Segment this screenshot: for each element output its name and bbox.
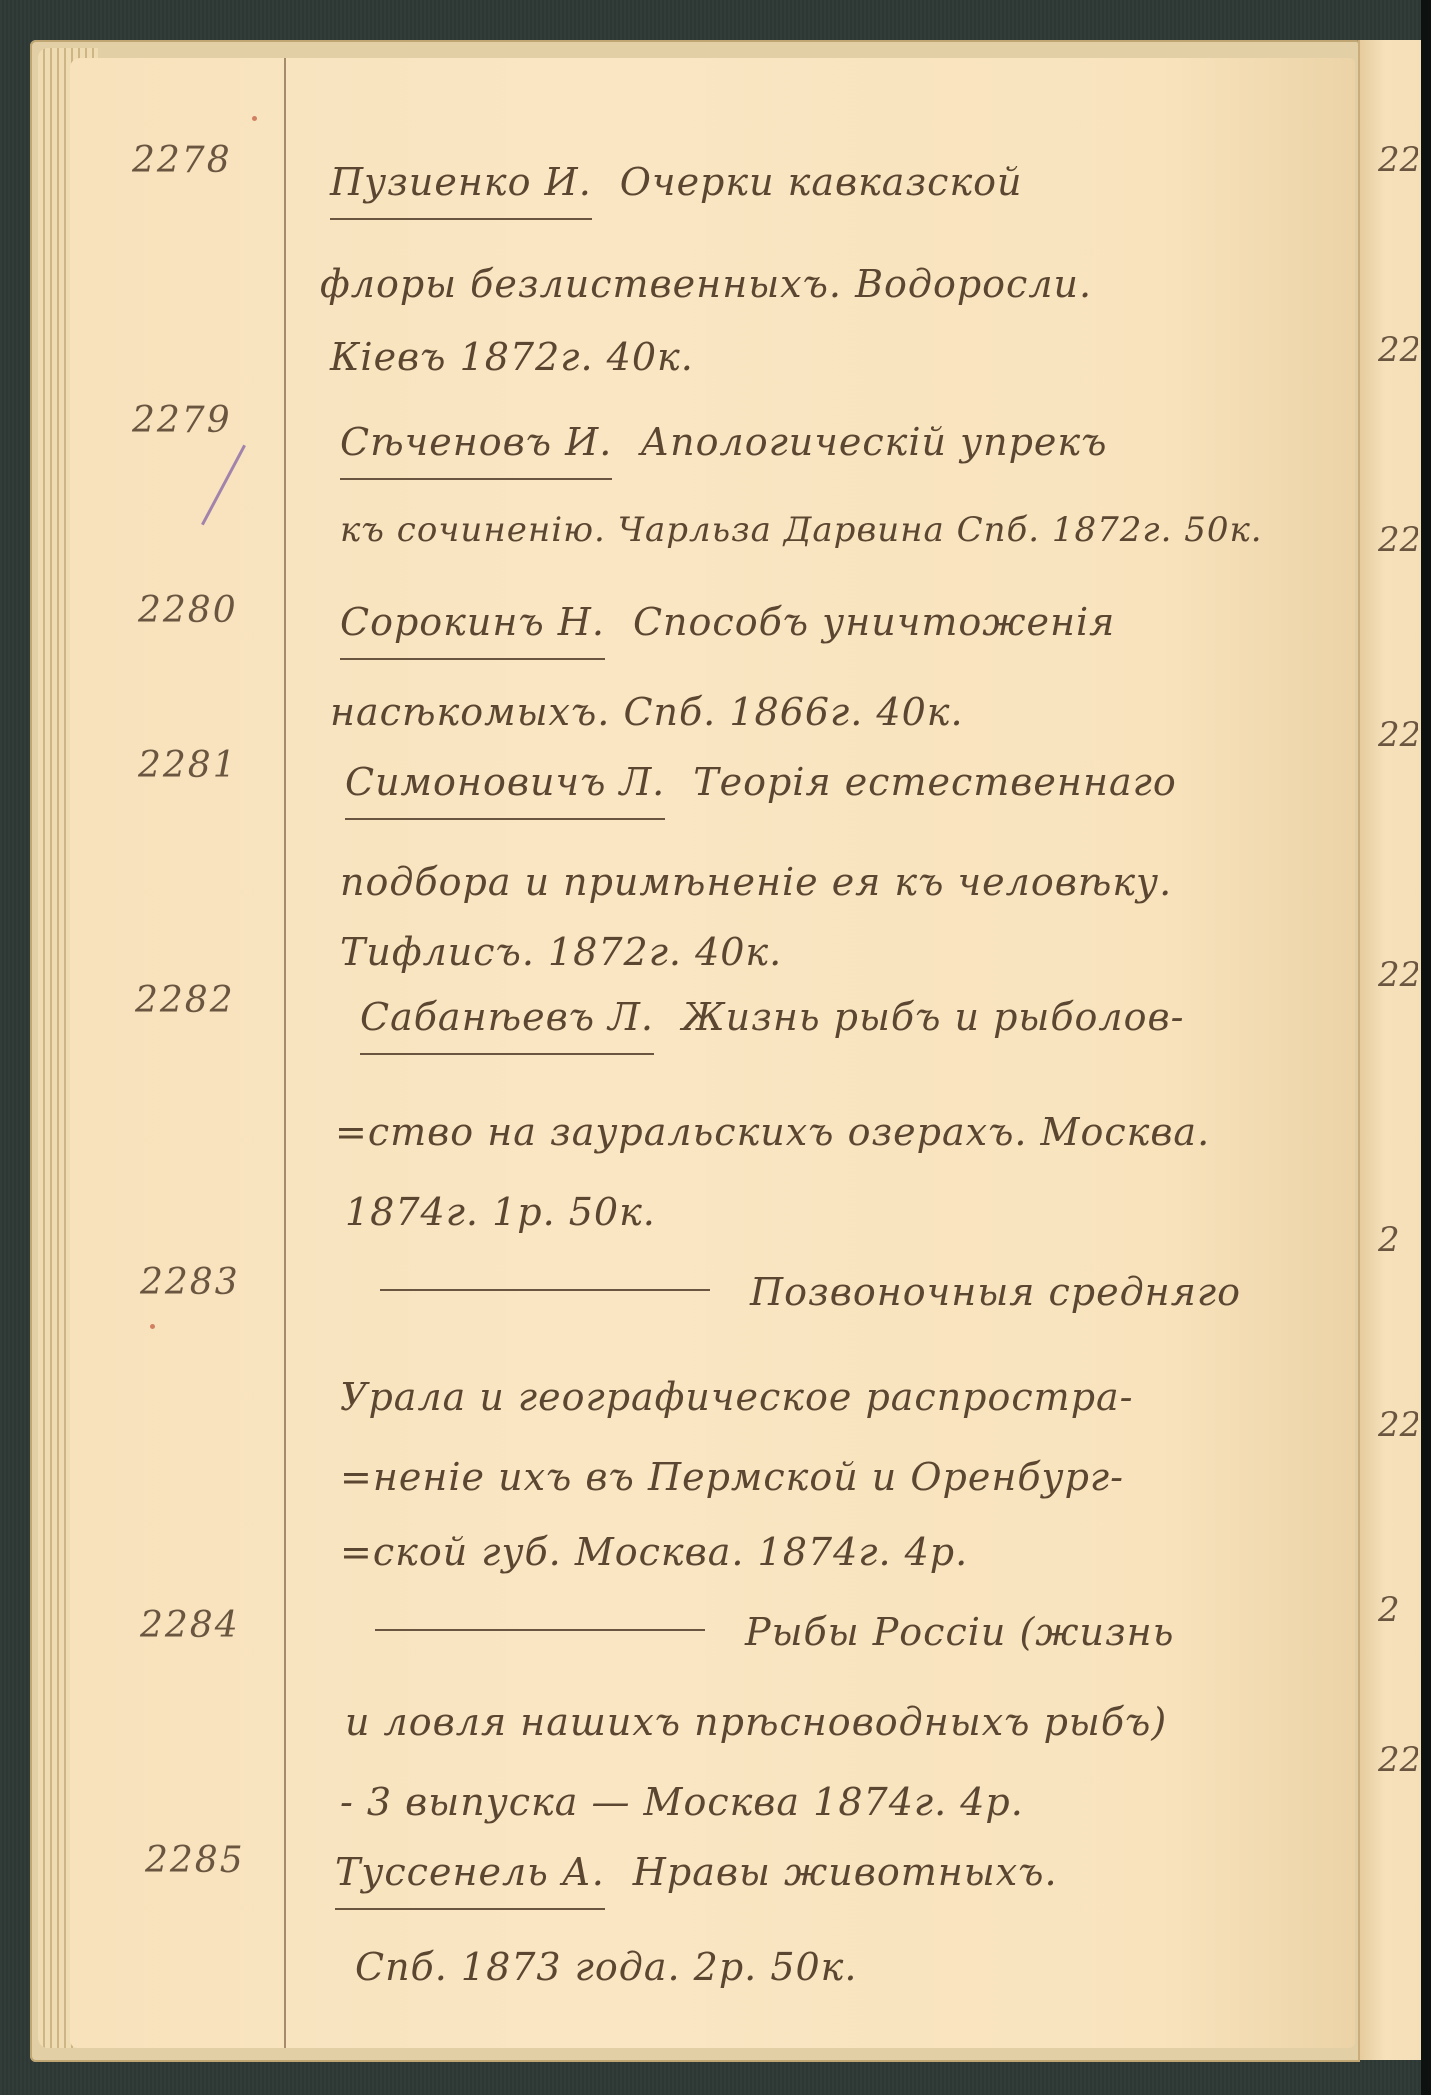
entry-line: Урала и географическое распростра- — [340, 1375, 1134, 1419]
next-page-number: 22 — [1378, 715, 1418, 755]
entry-number: 2282 — [135, 980, 235, 1021]
entry-number: 2283 — [140, 1262, 240, 1303]
next-page-number: 22 — [1378, 1405, 1418, 1445]
entry-line: Туссенель А.Нравы животныхъ. — [335, 1850, 1058, 1910]
gutter-shadow — [1421, 0, 1431, 2095]
entry-number: 2281 — [138, 745, 238, 786]
entry-line: Тифлисъ. 1872г. 40к. — [340, 930, 782, 974]
entry-line: 1874г. 1р. 50к. — [345, 1190, 656, 1234]
entry-author: Сабанѣевъ Л. — [360, 995, 654, 1055]
entry-line: Симоновичъ Л.Теорія естественнаго — [345, 760, 1177, 820]
entry-text: Жизнь рыбъ и рыболов- — [682, 995, 1185, 1039]
next-page-number: 22 — [1378, 140, 1418, 180]
entry-text: Способъ уничтоженія — [633, 600, 1115, 644]
margin-rule — [284, 58, 286, 2048]
entry-line: Спб. 1873 года. 2р. 50к. — [355, 1945, 857, 1989]
next-page-number: 22 — [1378, 955, 1418, 995]
next-page-number: 22 — [1378, 520, 1418, 560]
entry-text: Теорія естественнаго — [693, 760, 1176, 804]
entry-text: Рыбы Россіи (жизнь — [745, 1610, 1174, 1654]
next-page-number: 2 — [1378, 1590, 1418, 1630]
entry-line: =ство на зауральскихъ озерахъ. Москва. — [335, 1110, 1210, 1154]
entry-text: Нравы животныхъ. — [633, 1850, 1058, 1894]
entry-line: насѣкомыхъ. Спб. 1866г. 40к. — [330, 690, 964, 734]
ink-spot — [252, 116, 257, 121]
entry-text: Очерки кавказской — [620, 160, 1023, 204]
next-page-number: 2 — [1378, 1220, 1418, 1260]
entry-author: Сѣченовъ И. — [340, 420, 612, 480]
entry-author: Симоновичъ Л. — [345, 760, 665, 820]
entry-line: Кіевъ 1872г. 40к. — [330, 335, 694, 379]
entry-author: Пузиенко И. — [330, 160, 592, 220]
entry-line: и ловля нашихъ прѣсноводныхъ рыбъ) — [345, 1700, 1167, 1744]
entry-line: Пузиенко И.Очерки кавказской — [330, 160, 1023, 220]
ditto-author-dash — [380, 1289, 710, 1291]
next-page-number: 22 — [1378, 330, 1418, 370]
entry-line: =неніе ихъ въ Пермской и Оренбург- — [340, 1455, 1124, 1499]
entry-text: Апологическій упрекъ — [640, 420, 1107, 464]
ink-spot — [150, 1324, 155, 1329]
entry-line: Сабанѣевъ Л.Жизнь рыбъ и рыболов- — [360, 995, 1184, 1055]
entry-line: Позвоночныя средняго — [380, 1270, 1241, 1314]
entry-number: 2284 — [140, 1605, 240, 1646]
entry-number: 2285 — [145, 1840, 245, 1881]
entry-number: 2279 — [132, 400, 232, 441]
entry-text: Позвоночныя средняго — [750, 1270, 1241, 1314]
entry-line: =ской губ. Москва. 1874г. 4р. — [340, 1530, 968, 1574]
entry-number: 2278 — [132, 140, 232, 181]
entry-line: Сорокинъ Н.Способъ уничтоженія — [340, 600, 1115, 660]
entry-line: Сѣченовъ И.Апологическій упрекъ — [340, 420, 1107, 480]
entry-line: - 3 выпуска — Москва 1874г. 4р. — [340, 1780, 1024, 1824]
entry-line: Рыбы Россіи (жизнь — [375, 1610, 1174, 1654]
entry-author: Туссенель А. — [335, 1850, 605, 1910]
entry-line: подбора и примѣненіе ея къ человѣку. — [340, 860, 1172, 904]
entry-number: 2280 — [138, 590, 238, 631]
ditto-author-dash — [375, 1629, 705, 1631]
entry-line: къ сочиненію. Чарльза Дарвина Спб. 1872г… — [340, 510, 1263, 550]
entry-line: флоры безлиственныхъ. Водоросли. — [320, 262, 1092, 306]
next-page-number: 22 — [1378, 1740, 1418, 1780]
entry-author: Сорокинъ Н. — [340, 600, 605, 660]
